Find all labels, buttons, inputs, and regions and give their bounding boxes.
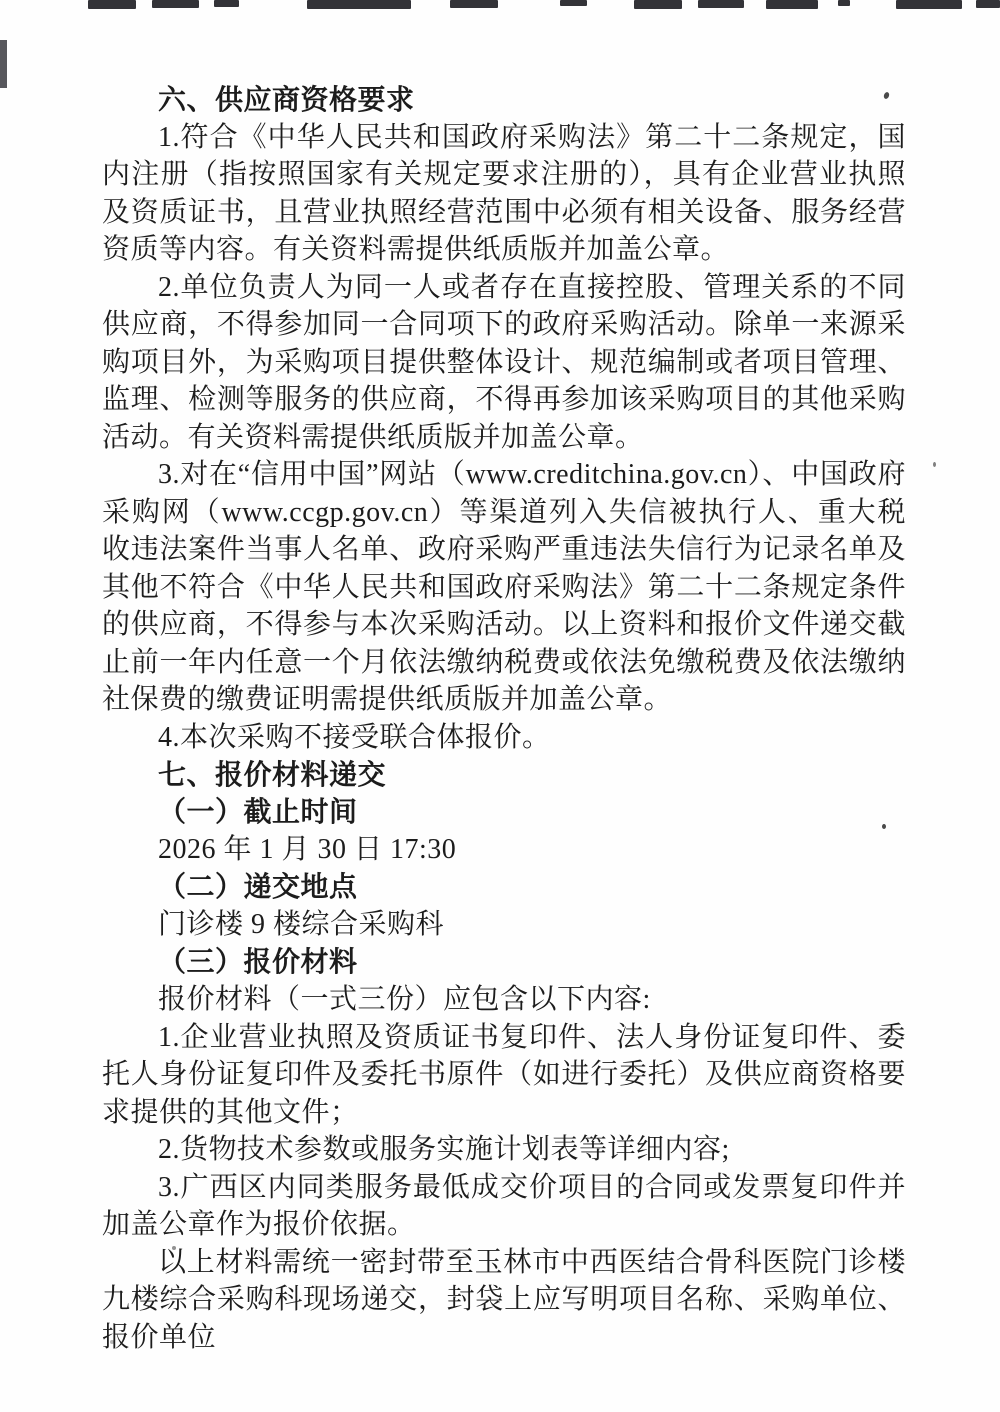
supplier-qualification-paragraph-4: 4.本次采购不接受联合体报价。 [102,719,906,757]
scan-dash [307,0,411,9]
supplier-qualification-paragraph-2: 2.单位负责人为同一人或者存在直接控股、管理关系的不同供应商，不得参加同一合同项… [102,269,906,457]
quotation-materials-intro: 报价材料（一式三份）应包含以下内容: [102,981,906,1019]
document-body: 六、供应商资格要求 1.符合《中华人民共和国政府采购法》第二十二条规定，国内注册… [102,81,906,1356]
scan-edge-mark [0,40,7,88]
supplier-qualification-paragraph-1: 1.符合《中华人民共和国政府采购法》第二十二条规定，国内注册（指按照国家有关规定… [102,119,906,269]
deadline-label: （一）截止时间 [102,794,906,832]
scan-dash [838,0,850,6]
quotation-materials-item-1: 1.企业营业执照及资质证书复印件、法人身份证复印件、委托人身份证复印件及委托书原… [102,1019,906,1132]
deadline-value: 2026 年 1 月 30 日 17:30 [102,831,906,869]
submission-location-label: （二）递交地点 [102,869,906,907]
quotation-materials-item-3: 3.广西区内同类服务最低成交价项目的合同或发票复印件并加盖公章作为报价依据。 [102,1169,906,1244]
sealed-delivery-paragraph: 以上材料需统一密封带至玉林市中西医结合骨科医院门诊楼九楼综合采购科现场递交，封袋… [102,1244,906,1357]
scan-dash [634,0,682,9]
quotation-materials-item-2: 2.货物技术参数或服务实施计划表等详细内容; [102,1131,906,1169]
supplier-qualification-paragraph-3: 3.对在“信用中国”网站（www.creditchina.gov.cn）、中国政… [102,456,906,719]
scan-dash [450,0,498,8]
ink-speck [933,462,936,467]
section-7-heading: 七、报价材料递交 [102,756,906,794]
quotation-materials-label: （三）报价材料 [102,944,906,982]
scan-dash [698,0,744,8]
section-6-heading: 六、供应商资格要求 [102,81,906,119]
scan-dash [976,0,1000,8]
scan-dash [214,0,239,7]
submission-location-value: 门诊楼 9 楼综合采购科 [102,906,906,944]
scan-dash [766,0,818,9]
scan-dash [152,0,199,8]
scanned-document-page: 六、供应商资格要求 1.符合《中华人民共和国政府采购法》第二十二条规定，国内注册… [0,0,1000,1412]
scan-dash [88,0,136,9]
scan-dash [560,0,587,6]
scan-dash [896,0,962,9]
